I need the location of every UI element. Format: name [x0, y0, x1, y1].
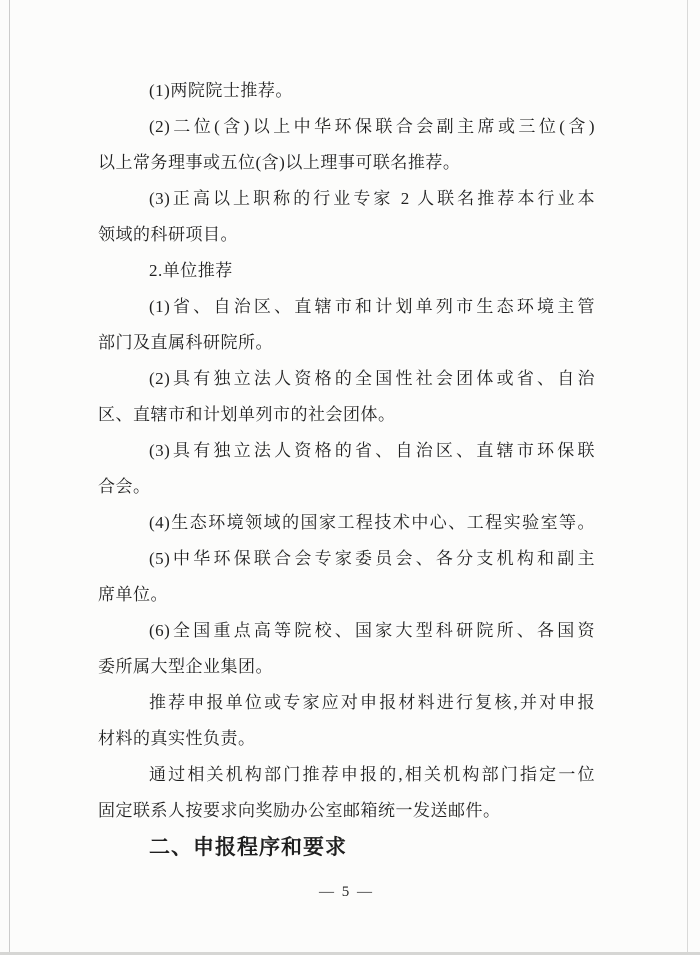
text-line: (4)生态环境领域的国家工程技术中心、工程实验室等。 — [98, 505, 595, 541]
text-line: (1)两院院士推荐。 — [98, 73, 595, 109]
text-line: (2)二位(含)以上中华环保联合会副主席或三位(含) — [98, 109, 595, 145]
text-line: 材料的真实性负责。 — [98, 721, 595, 757]
text-line: 固定联系人按要求向奖励办公室邮箱统一发送邮件。 — [98, 793, 595, 829]
scan-edge-right — [687, 0, 688, 955]
text-line: 通过相关机构部门推荐申报的,相关机构部门指定一位 — [98, 757, 595, 793]
text-line: 领域的科研项目。 — [98, 217, 595, 253]
document-page: (1)两院院士推荐。 (2)二位(含)以上中华环保联合会副主席或三位(含) 以上… — [0, 0, 700, 955]
text-line: (3)正高以上职称的行业专家 2 人联名推荐本行业本 — [98, 181, 595, 217]
text-line: 部门及直属科研院所。 — [98, 325, 595, 361]
text-line: 合会。 — [98, 469, 595, 505]
text-line: 委所属大型企业集团。 — [98, 649, 595, 685]
text-line: (1)省、自治区、直辖市和计划单列市生态环境主管 — [98, 289, 595, 325]
text-line: (2)具有独立法人资格的全国性社会团体或省、自治 — [98, 361, 595, 397]
scan-edge-left — [9, 0, 10, 955]
text-line: 以上常务理事或五位(含)以上理事可联名推荐。 — [98, 145, 595, 181]
body-text: (1)两院院士推荐。 (2)二位(含)以上中华环保联合会副主席或三位(含) 以上… — [98, 73, 595, 865]
page-number: — 5 — — [98, 884, 595, 901]
text-line: (6)全国重点高等院校、国家大型科研院所、各国资 — [98, 613, 595, 649]
text-line: (5)中华环保联合会专家委员会、各分支机构和副主 — [98, 541, 595, 577]
section-heading: 二、申报程序和要求 — [98, 829, 595, 865]
text-line: 推荐申报单位或专家应对申报材料进行复核,并对申报 — [98, 685, 595, 721]
text-line: (3)具有独立法人资格的省、自治区、直辖市环保联 — [98, 433, 595, 469]
text-line: 区、直辖市和计划单列市的社会团体。 — [98, 397, 595, 433]
list-heading: 2.单位推荐 — [98, 253, 595, 289]
text-line: 席单位。 — [98, 577, 595, 613]
